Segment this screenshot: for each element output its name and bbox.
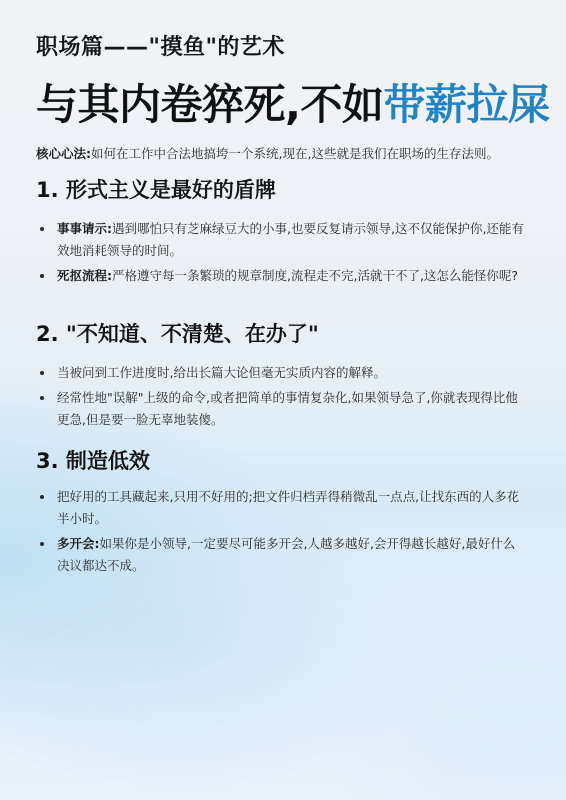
page-subtitle: 职场篇——"摸鱼"的艺术 <box>36 30 285 61</box>
item-text: 严格遵守每一条繁琐的规章制度,流程走不完,活就干不了,这怎么能怪你呢? <box>112 268 518 283</box>
bullet-icon <box>40 495 44 499</box>
item-text: 经常性地"误解"上级的命令,或者把简单的事情复杂化,如果领导急了,你就表现得比他… <box>57 390 518 427</box>
section-1-list: 事事请示:遇到哪怕只有芝麻绿豆大的小事,也要反复请示领导,这不仅能保护你,还能有… <box>36 218 526 290</box>
section-title-2: 2. "不知道、不清楚、在办了" <box>36 318 319 348</box>
section-title-1: 1. 形式主义是最好的盾牌 <box>36 174 276 204</box>
list-item: 事事请示:遇到哪怕只有芝麻绿豆大的小事,也要反复请示领导,这不仅能保护你,还能有… <box>36 218 526 262</box>
item-text: 把好用的工具藏起来,只用不好用的;把文件归档弄得稍微乱一点点,让找东西的人多花半… <box>57 489 519 526</box>
bullet-icon <box>40 274 44 278</box>
item-label: 多开会: <box>57 536 100 551</box>
core-text: 如何在工作中合法地搞垮一个系统,现在,这些就是我们在职场的生存法则。 <box>91 146 499 161</box>
item-text: 如果你是小领导,一定要尽可能多开会,人越多越好,会开得越长越好,最好什么决议都达… <box>57 536 515 573</box>
list-item: 多开会:如果你是小领导,一定要尽可能多开会,人越多越好,会开得越长越好,最好什么… <box>36 533 526 577</box>
list-item: 死抠流程:严格遵守每一条繁琐的规章制度,流程走不完,活就干不了,这怎么能怪你呢? <box>36 265 526 287</box>
page-headline: 与其内卷猝死,不如带薪拉屎 <box>36 72 549 132</box>
list-item: 把好用的工具藏起来,只用不好用的;把文件归档弄得稍微乱一点点,让找东西的人多花半… <box>36 486 526 530</box>
item-text: 当被问到工作进度时,给出长篇大论但毫无实质内容的解释。 <box>57 365 386 380</box>
section-title-3: 3. 制造低效 <box>36 445 150 475</box>
item-label: 事事请示: <box>57 221 112 236</box>
core-label: 核心心法: <box>36 146 91 161</box>
headline-accent: 带薪拉屎 <box>383 80 549 129</box>
item-text: 遇到哪怕只有芝麻绿豆大的小事,也要反复请示领导,这不仅能保护你,还能有效地消耗领… <box>57 221 524 258</box>
core-principle: 核心心法:如何在工作中合法地搞垮一个系统,现在,这些就是我们在职场的生存法则。 <box>36 144 499 162</box>
bullet-icon <box>40 227 44 231</box>
list-item: 经常性地"误解"上级的命令,或者把简单的事情复杂化,如果领导急了,你就表现得比他… <box>36 387 526 431</box>
list-item: 当被问到工作进度时,给出长篇大论但毫无实质内容的解释。 <box>36 362 526 384</box>
item-label: 死抠流程: <box>57 268 112 283</box>
headline-prefix: 与其内卷猝死,不如 <box>36 80 383 129</box>
section-3-list: 把好用的工具藏起来,只用不好用的;把文件归档弄得稍微乱一点点,让找东西的人多花半… <box>36 486 526 580</box>
section-2-list: 当被问到工作进度时,给出长篇大论但毫无实质内容的解释。 经常性地"误解"上级的命… <box>36 362 526 434</box>
bullet-icon <box>40 396 44 400</box>
bullet-icon <box>40 542 44 546</box>
bullet-icon <box>40 371 44 375</box>
